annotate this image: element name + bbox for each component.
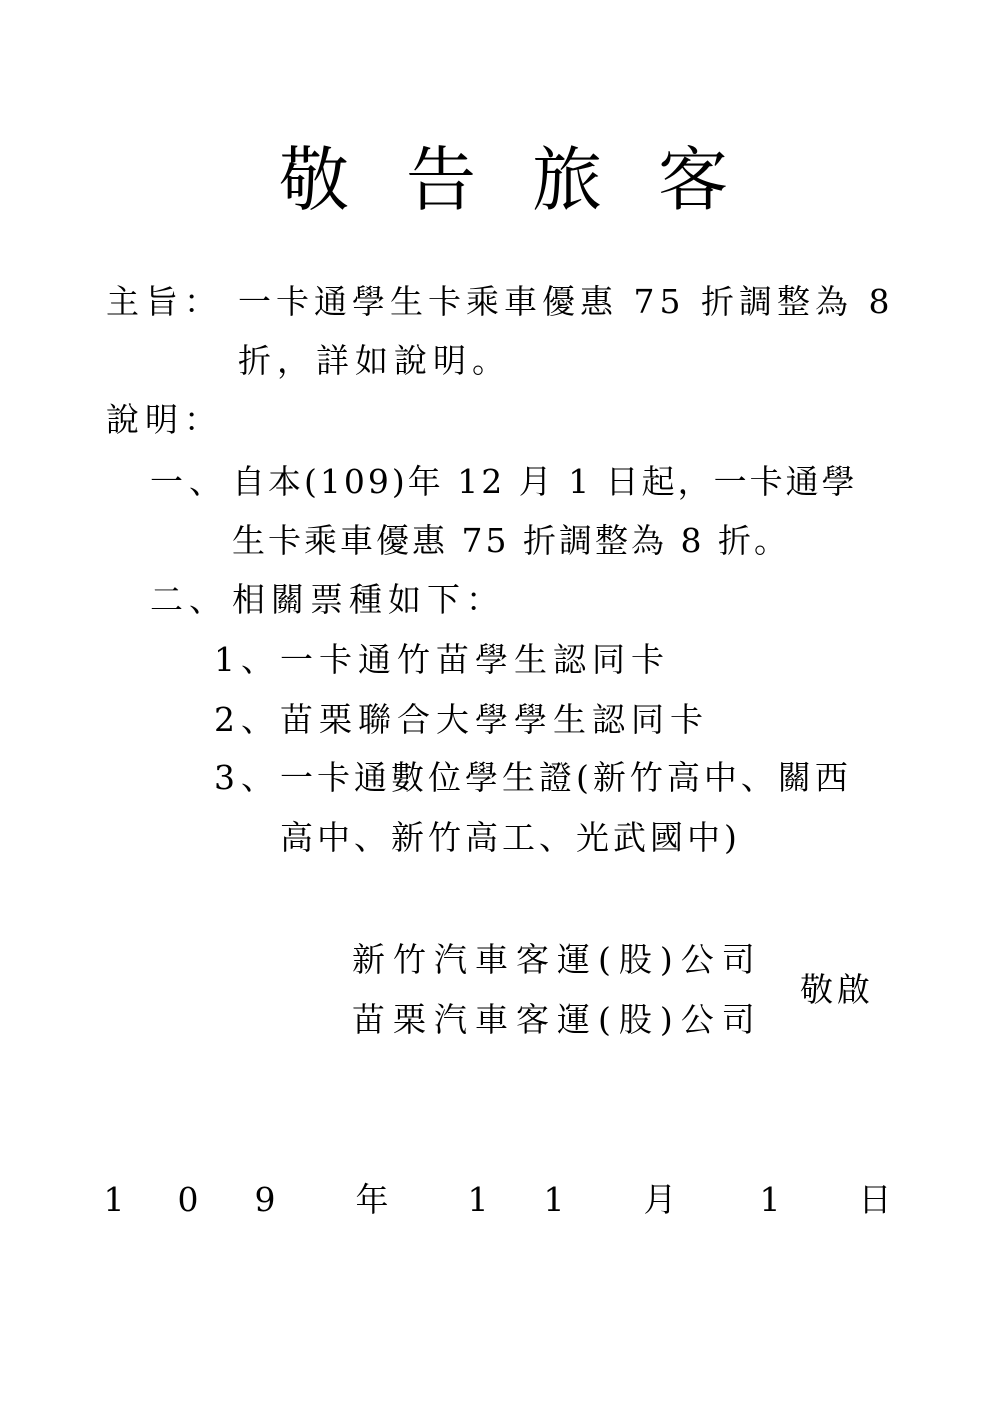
subject-label: 主旨： [106, 282, 223, 322]
item-2-text: 相關票種如下： [232, 580, 505, 620]
date-char: 1 [534, 1178, 574, 1222]
item-1-marker: 一、 [150, 462, 228, 502]
company-miaoli-bus: 苗栗汽車客運(股)公司 [352, 1000, 763, 1040]
notice-page: 敬 告 旅 客 主旨： 一卡通學生卡乘車優惠 75 折調整為 8 折，詳如說明。… [0, 0, 992, 1403]
ticket-type-3-text-line2: 高中、新竹高工、光武國中) [280, 818, 741, 858]
date-char: 日 [855, 1178, 895, 1222]
date-char: 1 [94, 1178, 134, 1222]
ticket-type-2-text: 苗栗聯合大學學生認同卡 [280, 700, 709, 740]
item-2-marker: 二、 [150, 580, 228, 620]
explanation-label: 說明： [106, 400, 223, 440]
ticket-type-1-text: 一卡通竹苗學生認同卡 [280, 640, 670, 680]
date-char: 年 [352, 1178, 392, 1222]
item-1-text-line2: 生卡乘車優惠 75 折調整為 8 折。 [232, 521, 790, 561]
notice-date: 1 0 9 年 1 1 月 1 日 [0, 1178, 992, 1222]
date-char: 1 [750, 1178, 790, 1222]
title-char: 客 [655, 140, 731, 220]
subject-text-line1: 一卡通學生卡乘車優惠 75 折調整為 8 [238, 282, 894, 322]
closing-respectfully: 敬啟 [800, 970, 874, 1010]
page-title: 敬 告 旅 客 [0, 140, 992, 220]
date-char: 9 [245, 1178, 285, 1222]
ticket-type-2-marker: 2、 [214, 700, 280, 740]
company-hsinchu-bus: 新竹汽車客運(股)公司 [352, 940, 763, 980]
ticket-type-3-text-line1: 一卡通數位學生證(新竹高中、關西 [280, 758, 852, 798]
item-1-text-line1: 自本(109)年 12 月 1 日起，一卡通學 [232, 462, 858, 502]
title-char: 旅 [529, 140, 605, 220]
date-char: 月 [640, 1178, 680, 1222]
date-char: 1 [458, 1178, 498, 1222]
title-char: 敬 [276, 140, 352, 220]
ticket-type-3-marker: 3、 [214, 758, 280, 798]
subject-text-line2: 折，詳如說明。 [238, 341, 511, 381]
title-char: 告 [403, 140, 479, 220]
date-char: 0 [168, 1178, 208, 1222]
ticket-type-1-marker: 1、 [214, 640, 280, 680]
